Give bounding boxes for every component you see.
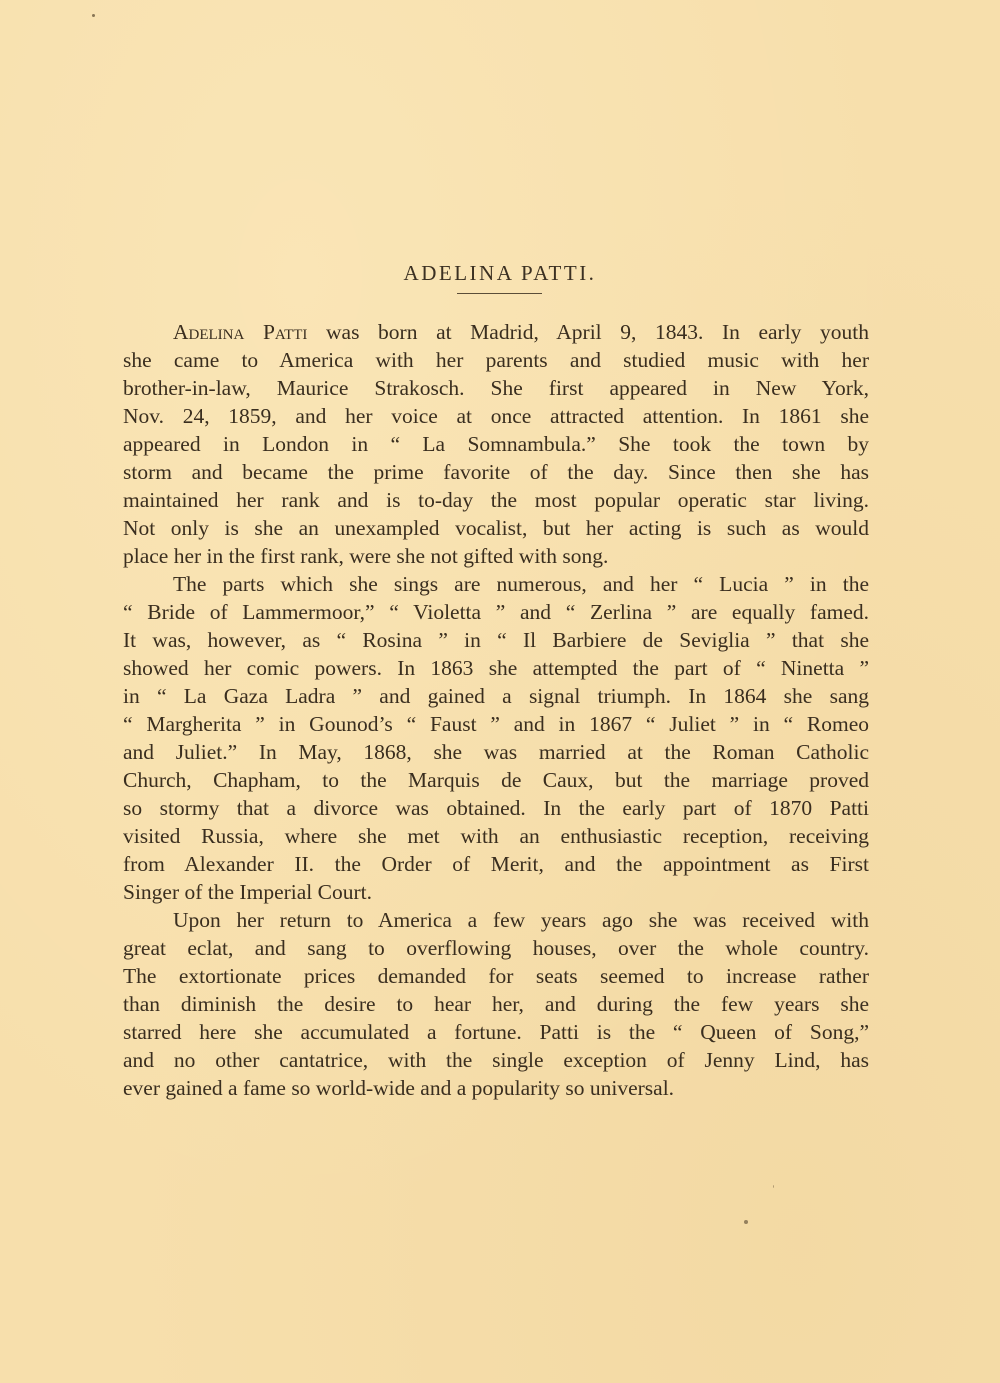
text-line: The parts which she sings are numerous, … [123,570,869,598]
text-line: place her in the first rank, were she no… [123,542,869,570]
title-divider [457,293,542,294]
text-line: “ Bride of Lammermoor,” “ Violetta ” and… [123,598,869,626]
text-line: storm and became the prime favorite of t… [123,458,869,486]
text-line: showed her comic powers. In 1863 she att… [123,654,869,682]
paper-speck [744,1220,748,1224]
text-line: great eclat, and sang to overflowing hou… [123,934,869,962]
text-line: Church, Chapham, to the Marquis de Caux,… [123,766,869,794]
text-line: The extortionate prices demanded for sea… [123,962,869,990]
paragraph-3: Upon her return to America a few years a… [123,906,869,1102]
text-line: Adelina Patti was born at Madrid, April … [123,318,869,346]
text-line: from Alexander II. the Order of Merit, a… [123,850,869,878]
paper-speck [92,14,95,17]
text-line: appeared in London in “ La Somnambula.” … [123,430,869,458]
text-line: It was, however, as “ Rosina ” in “ Il B… [123,626,869,654]
text-line: ever gained a fame so world-wide and a p… [123,1074,869,1102]
text-line: brother-in-law, Maurice Strakosch. She f… [123,374,869,402]
text-line: Nov. 24, 1859, and her voice at once att… [123,402,869,430]
text-line: starred here she accumulated a fortune. … [123,1018,869,1046]
text-line: Singer of the Imperial Court. [123,878,869,906]
paragraph-2: The parts which she sings are numerous, … [123,570,869,906]
text-line: she came to America with her parents and… [123,346,869,374]
text-line: maintained her rank and is to-day the mo… [123,486,869,514]
page-title: ADELINA PATTI. [0,261,1000,286]
paper-speck [773,1185,774,1188]
text-line: than diminish the desire to hear her, an… [123,990,869,1018]
text-line: visited Russia, where she met with an en… [123,822,869,850]
text-line: Not only is she an unexampled vocalist, … [123,514,869,542]
text-line: Upon her return to America a few years a… [123,906,869,934]
text-line: in “ La Gaza Ladra ” and gained a signal… [123,682,869,710]
text-line: “ Margherita ” in Gounod’s “ Faust ” and… [123,710,869,738]
paragraph-1: Adelina Patti was born at Madrid, April … [123,318,869,570]
text-line: and no other cantatrice, with the single… [123,1046,869,1074]
text-line: and Juliet.” In May, 1868, she was marri… [123,738,869,766]
lead-name: Adelina Patti [173,320,307,344]
book-page: ADELINA PATTI. Adelina Patti was born at… [0,0,1000,1383]
article-body: Adelina Patti was born at Madrid, April … [123,318,869,1102]
text-line: so stormy that a divorce was obtained. I… [123,794,869,822]
